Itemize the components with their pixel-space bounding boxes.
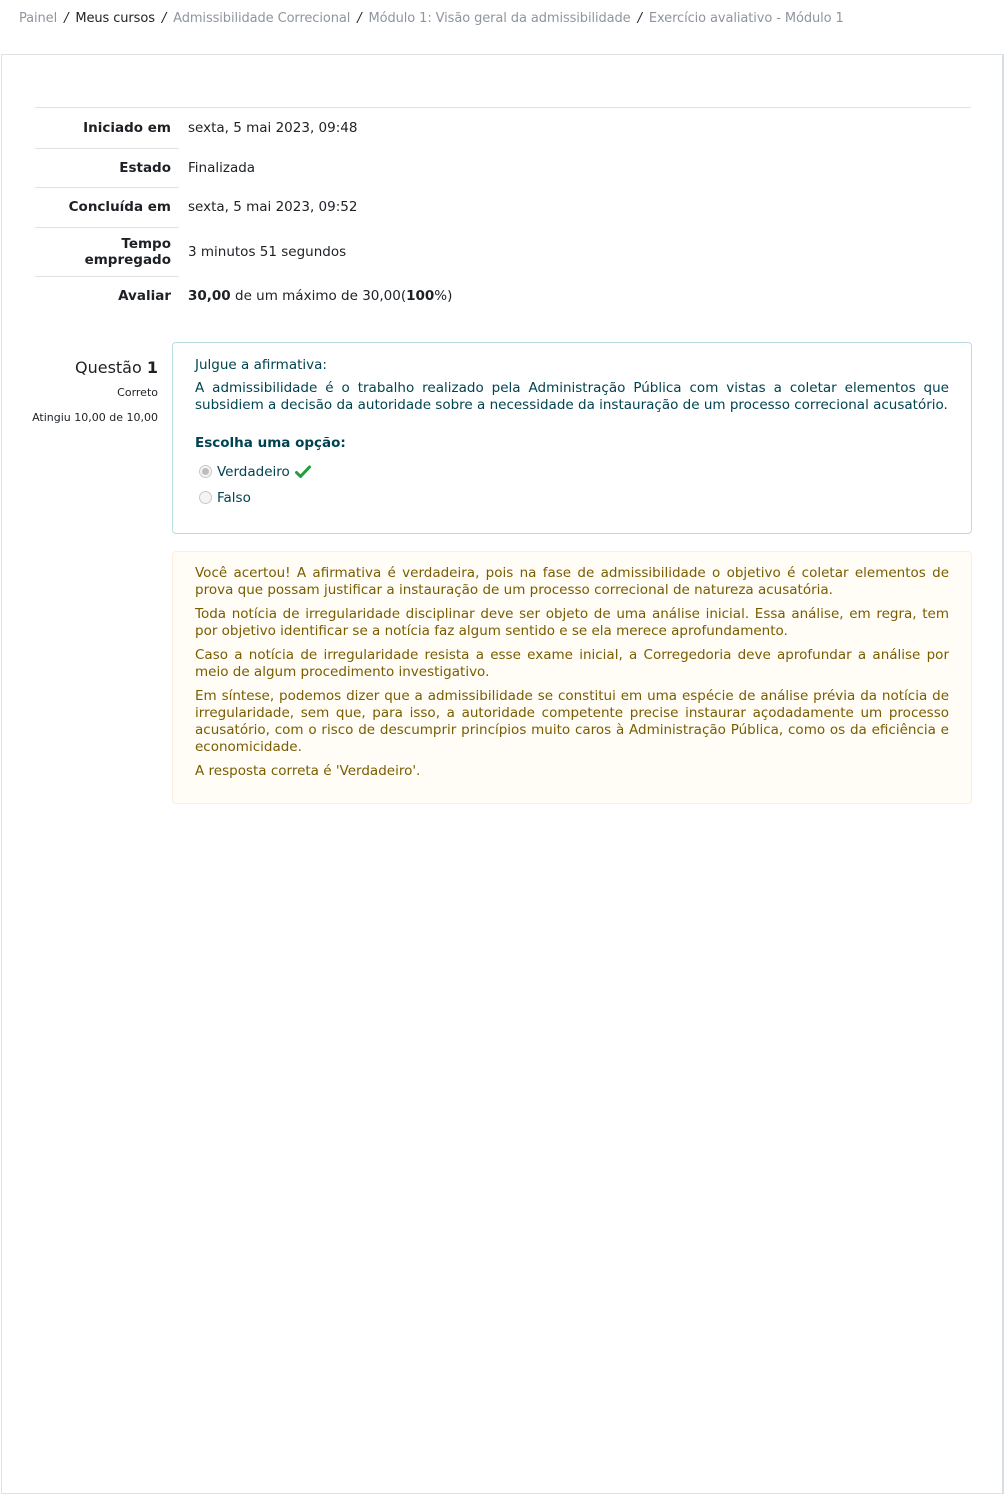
summary-value: sexta, 5 mai 2023, 09:48: [188, 120, 357, 136]
summary-value: sexta, 5 mai 2023, 09:52: [188, 199, 357, 215]
question-title: Questão 1: [20, 356, 158, 380]
question-title-prefix: Questão: [75, 358, 147, 377]
grade-score: 30,00: [188, 288, 231, 304]
answer-option-verdadeiro[interactable]: Verdadeiro: [195, 462, 949, 481]
answer-prompt: Escolha uma opção:: [195, 434, 949, 452]
question-state: Correto: [20, 386, 158, 400]
summary-label-line: empregado: [35, 252, 171, 268]
breadcrumb-separator: /: [357, 11, 361, 26]
summary-row-started: Iniciado em sexta, 5 mai 2023, 09:48: [35, 108, 971, 148]
attempt-summary-table: Iniciado em sexta, 5 mai 2023, 09:48 Est…: [35, 107, 971, 316]
feedback-paragraph: Você acertou! A afirmativa é verdadeira,…: [195, 565, 949, 599]
summary-row-time-taken: Tempo empregado 3 minutos 51 segundos: [35, 227, 971, 276]
summary-label-line: Tempo: [35, 236, 171, 252]
summary-label: Concluída em: [35, 199, 188, 215]
breadcrumb-exercise[interactable]: Exercício avaliativo - Módulo 1: [649, 11, 844, 26]
summary-value: 3 minutos 51 segundos: [188, 244, 346, 260]
answer-option-falso[interactable]: Falso: [195, 488, 949, 507]
question-grade: Atingiu 10,00 de 10,00: [20, 411, 158, 425]
summary-label: Estado: [35, 160, 188, 176]
question-info: Questão 1 Correto Atingiu 10,00 de 10,00: [20, 356, 158, 425]
question-formulation: Julgue a afirmativa: A admissibilidade é…: [172, 342, 972, 534]
summary-row-state: Estado Finalizada: [35, 148, 971, 187]
feedback-paragraph: Em síntese, podemos dizer que a admissib…: [195, 688, 949, 756]
question-number: 1: [147, 358, 158, 377]
grade-suffix: %): [434, 288, 452, 304]
breadcrumb: Painel/Meus cursos/Admissibilidade Corre…: [19, 9, 844, 29]
correct-answer-text: A resposta correta é 'Verdadeiro'.: [195, 763, 949, 780]
summary-row-grade: Avaliar 30,00 de um máximo de 30,00(100%…: [35, 276, 971, 316]
feedback-paragraph: Caso a notícia de irregularidade resista…: [195, 647, 949, 681]
breadcrumb-painel[interactable]: Painel: [19, 11, 57, 26]
answer-options: Verdadeiro Falso: [195, 462, 949, 507]
summary-label: Avaliar: [35, 288, 188, 304]
grade-middle: de um máximo de 30,00(: [231, 288, 406, 304]
breadcrumb-separator: /: [638, 11, 642, 26]
grade-percent: 100: [406, 288, 434, 304]
breadcrumb-course[interactable]: Admissibilidade Correcional: [173, 11, 350, 26]
answer-option-label: Falso: [217, 490, 251, 506]
summary-label: Iniciado em: [35, 120, 188, 136]
general-feedback: Você acertou! A afirmativa é verdadeira,…: [172, 551, 972, 804]
answer-option-label: Verdadeiro: [217, 464, 290, 480]
breadcrumb-module[interactable]: Módulo 1: Visão geral da admissibilidade: [369, 11, 631, 26]
feedback-paragraph: Toda notícia de irregularidade disciplin…: [195, 606, 949, 640]
radio-falso[interactable]: [199, 491, 212, 504]
question-text: A admissibilidade é o trabalho realizado…: [195, 380, 949, 414]
summary-value: 30,00 de um máximo de 30,00(100%): [188, 288, 452, 304]
summary-label: Tempo empregado: [35, 236, 188, 268]
breadcrumb-separator: /: [64, 11, 68, 26]
breadcrumb-separator: /: [162, 11, 166, 26]
radio-verdadeiro[interactable]: [199, 465, 212, 478]
summary-row-completed: Concluída em sexta, 5 mai 2023, 09:52: [35, 187, 971, 227]
breadcrumb-meus-cursos[interactable]: Meus cursos: [75, 11, 155, 26]
question-intro: Julgue a afirmativa:: [195, 356, 949, 374]
summary-value: Finalizada: [188, 160, 255, 176]
check-icon: [295, 465, 311, 479]
